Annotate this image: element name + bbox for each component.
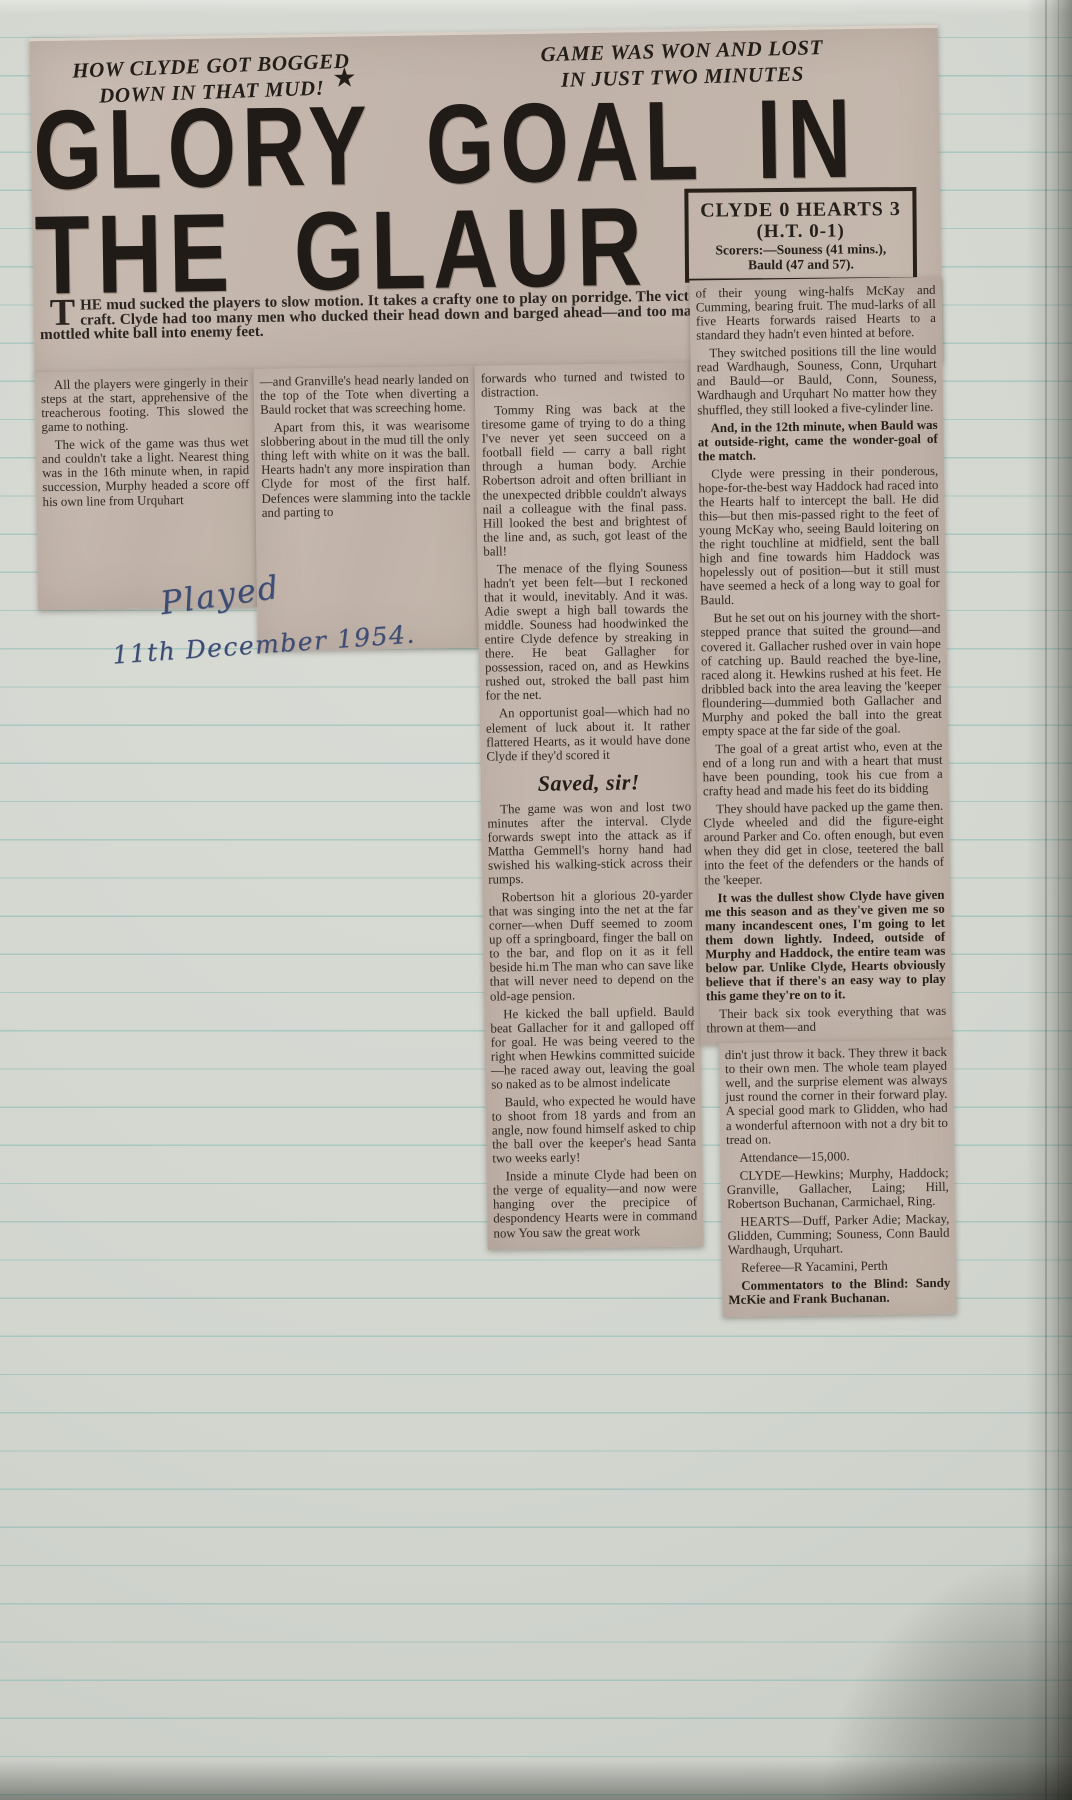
score-halftime: (H.T. 0-1): [693, 220, 909, 243]
score-scorers-line2: Bauld (47 and 57).: [693, 256, 909, 273]
photo-top-edge-highlight: [0, 0, 1072, 14]
column-3-upper: forwards who turned and twisted to distr…: [481, 369, 691, 764]
column-4-upper: of their young wing-halfs McKay and Cumm…: [689, 277, 952, 1045]
article-column-1: All the players were gingerly in their s…: [35, 369, 258, 610]
article-paragraph: Referee—R Yacamini, Perth: [728, 1258, 950, 1275]
article-paragraph: The goal of a great artist who, even at …: [702, 739, 943, 799]
score-teams: CLYDE 0 HEARTS 3: [692, 198, 908, 222]
article-paragraph: Apart from this, it was wearisome slobbe…: [260, 418, 470, 520]
article-paragraph: Commentators to the Blind: Sandy McKie a…: [728, 1276, 950, 1307]
article-paragraph: All the players were gingerly in their s…: [41, 375, 249, 434]
crosshead-saved-sir: Saved, sir!: [487, 769, 691, 796]
article-paragraph: of their young wing-halfs McKay and Cumm…: [695, 283, 936, 343]
score-box: CLYDE 0 HEARTS 3 (H.T. 0-1) Scorers:—Sou…: [684, 187, 917, 283]
scrapbook-page-photo: HOW CLYDE GOT BOGGED DOWN IN THAT MUD! ★…: [0, 0, 1072, 1800]
article-column-2: —and Granville's head nearly landed on t…: [254, 366, 479, 651]
article-paragraph: But he set out on his journey with the s…: [700, 608, 942, 738]
article-paragraph: Bauld, who expected he would have to sho…: [491, 1092, 696, 1165]
article-paragraph: Robertson hit a glorious 20-yarder that …: [488, 888, 694, 1004]
page-right-edge-shadow: [1026, 0, 1072, 1800]
newspaper-clipping: HOW CLYDE GOT BOGGED DOWN IN THAT MUD! ★…: [30, 25, 938, 38]
article-paragraph: The menace of the flying Souness hadn't …: [484, 559, 690, 703]
article-paragraph: He kicked the ball upfield. Bauld beat G…: [490, 1004, 695, 1091]
article-column-4: of their young wing-halfs McKay and Cumm…: [689, 277, 956, 1318]
article-paragraph: An opportunist goal—which had no element…: [486, 704, 691, 763]
article-paragraph: And, in the 12th minute, when Bauld was …: [697, 417, 938, 463]
article-paragraph: They should have packed up the game then…: [703, 799, 944, 887]
lead-dropcap: T: [40, 299, 81, 329]
article-paragraph: The wick of the game was thus wet and co…: [42, 435, 250, 508]
article-column-3: forwards who turned and twisted to distr…: [475, 363, 704, 1250]
article-paragraph: —and Granville's head nearly landed on t…: [260, 372, 470, 417]
article-paragraph: Inside a minute Clyde had been on the ve…: [493, 1167, 698, 1240]
article-paragraph: The game was won and lost two minutes af…: [487, 799, 692, 886]
score-scorers-line1: Scorers:—Souness (41 mins.),: [693, 241, 909, 258]
column-4-lower: din't just throw it back. They threw it …: [719, 1040, 957, 1318]
article-paragraph: It was the dullest show Clyde have given…: [704, 887, 946, 1003]
article-paragraph: forwards who turned and twisted to distr…: [481, 369, 685, 400]
article-paragraph: They switched positions till the line wo…: [696, 343, 937, 417]
page-corner-shadow: [812, 1540, 1072, 1800]
article-paragraph: din't just throw it back. They threw it …: [725, 1045, 948, 1147]
article-paragraph: Tommy Ring was back at the tiresome game…: [481, 401, 687, 559]
article-paragraph: Attendance—15,000.: [726, 1147, 948, 1164]
column-3-lower: The game was won and lost two minutes af…: [487, 799, 697, 1240]
article-paragraph: HEARTS—Duff, Parker Adie; Mackay, Glidde…: [727, 1212, 950, 1257]
article-paragraph: Clyde were pressing in their ponderous, …: [698, 464, 940, 608]
article-paragraph: CLYDE—Hewkins; Murphy, Haddock; Granvill…: [727, 1165, 950, 1210]
article-paragraph: Their back six took everything that was …: [706, 1004, 946, 1036]
